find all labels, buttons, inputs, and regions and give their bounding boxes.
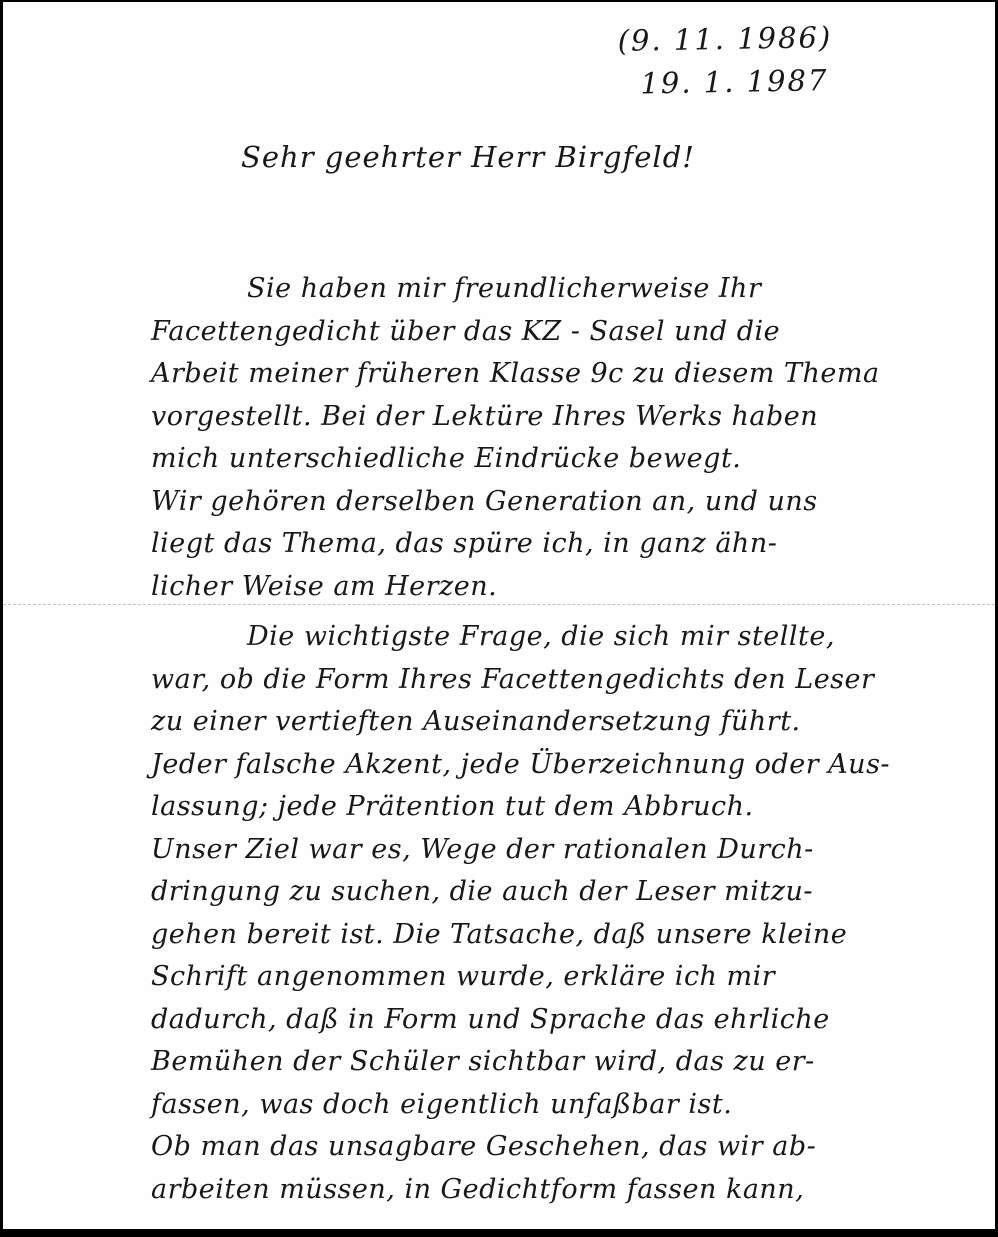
handwritten-line: Jeder falsche Akzent, jede Überzeichnung… [151, 744, 951, 787]
handwritten-line: Die wichtigste Frage, die sich mir stell… [151, 616, 951, 659]
handwritten-line: war, ob die Form Ihres Facettengedichts … [151, 659, 951, 702]
handwritten-line: fassen, was doch eigentlich unfaßbar ist… [151, 1084, 951, 1127]
handwritten-line: dadurch, daß in Form und Sprache das ehr… [151, 999, 951, 1042]
handwritten-line: Sie haben mir freundlicherweise Ihr [151, 268, 951, 311]
handwritten-line: zu einer vertieften Auseinandersetzung f… [151, 701, 951, 744]
handwritten-line: arbeiten müssen, in Gedichtform fassen k… [151, 1169, 951, 1212]
date-block: (9. 11. 1986) 19. 1. 1987 [617, 16, 833, 105]
date-secondary: 19. 1. 1987 [618, 59, 833, 105]
letter-page: (9. 11. 1986) 19. 1. 1987 Sehr geehrter … [0, 0, 998, 1237]
handwritten-line: Arbeit meiner früheren Klasse 9c zu dies… [151, 353, 951, 396]
handwritten-line: Schrift angenommen wurde, erkläre ich mi… [151, 956, 951, 999]
handwritten-line: Unser Ziel war es, Wege der rationalen D… [151, 829, 951, 872]
paragraph-1: Sie haben mir freundlicherweise Ihr Face… [151, 268, 951, 608]
salutation: Sehr geehrter Herr Birgfeld! [241, 140, 695, 174]
date-primary: (9. 11. 1986) [617, 16, 832, 62]
handwritten-line: Facettengedicht über das KZ - Sasel und … [151, 311, 951, 354]
paper-fold-line [3, 604, 995, 605]
handwritten-line: gehen bereit ist. Die Tatsache, daß unse… [151, 914, 951, 957]
handwritten-line: mich unterschiedliche Eindrücke bewegt. [151, 438, 951, 481]
handwritten-line: dringung zu suchen, die auch der Leser m… [151, 871, 951, 914]
handwritten-line: vorgestellt. Bei der Lektüre Ihres Werks… [151, 396, 951, 439]
handwritten-line: Wir gehören derselben Generation an, und… [151, 481, 951, 524]
handwritten-line: licher Weise am Herzen. [151, 566, 951, 609]
handwritten-line: lassung; jede Prätention tut dem Abbruch… [151, 786, 951, 829]
paragraph-2: Die wichtigste Frage, die sich mir stell… [151, 616, 951, 1211]
handwritten-line: Ob man das unsagbare Geschehen, das wir … [151, 1126, 951, 1169]
handwritten-line: Bemühen der Schüler sichtbar wird, das z… [151, 1041, 951, 1084]
handwritten-line: liegt das Thema, das spüre ich, in ganz … [151, 523, 951, 566]
